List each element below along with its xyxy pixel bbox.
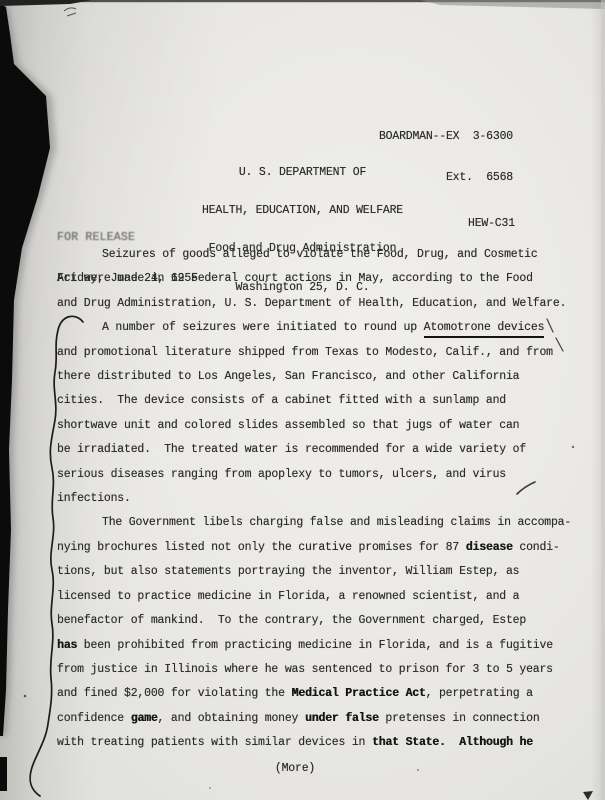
right-edge-strip bbox=[601, 0, 605, 800]
text-segment: and promotional literature shipped from … bbox=[57, 346, 553, 359]
text-segment: from justice in Illinois where he was se… bbox=[57, 663, 553, 676]
paragraph: A number of seizures were initiated to r… bbox=[57, 316, 569, 511]
text-segment: be irradiated. The treated water is reco… bbox=[57, 443, 526, 456]
typewritten-line: licensed to practice medicine in Florida… bbox=[57, 585, 569, 609]
typewritten-line: has been prohibited from practicing medi… bbox=[57, 634, 569, 658]
text-segment: licensed to practice medicine in Florida… bbox=[57, 590, 519, 603]
text-segment: serious diseases ranging from apoplexy t… bbox=[57, 468, 506, 481]
text-segment: infections. bbox=[57, 492, 131, 505]
typewritten-line: Seizures of goods alleged to violate the… bbox=[57, 243, 569, 267]
bottom-right-mark bbox=[583, 791, 593, 800]
typewritten-line: nying brochures listed not only the cura… bbox=[57, 536, 569, 560]
overtyped-phrase: that State. bbox=[372, 736, 446, 749]
text-segment: benefactor of mankind. To the contrary, … bbox=[57, 614, 526, 627]
typewritten-line: and promotional literature shipped from … bbox=[57, 341, 569, 365]
underlined-phrase: Atomotrone devices bbox=[424, 321, 545, 338]
typewritten-line: cities. The device consists of a cabinet… bbox=[57, 389, 569, 413]
left-binding-band bbox=[0, 4, 50, 736]
top-left-edge bbox=[0, 0, 92, 6]
overtyped-phrase: game bbox=[131, 712, 158, 725]
paragraph: Seizures of goods alleged to violate the… bbox=[57, 243, 569, 316]
release-number: HEW-C31 bbox=[468, 217, 515, 230]
typewritten-line: and fined $2,000 for violating the Medic… bbox=[57, 682, 569, 706]
text-segment: , perpetrating a bbox=[426, 687, 533, 700]
overtyped-phrase: has bbox=[57, 639, 77, 652]
text-segment: Seizures of goods alleged to violate the… bbox=[102, 248, 538, 261]
text-segment: and fined $2,000 for violating the bbox=[57, 687, 292, 700]
pen-scribble-top-left bbox=[64, 8, 76, 16]
left-edge-shadow bbox=[0, 4, 56, 736]
paragraph: The Government libels charging false and… bbox=[57, 511, 569, 755]
speck bbox=[24, 695, 27, 698]
text-segment: A number of seizures were initiated to r… bbox=[102, 321, 424, 334]
text-segment: nying brochures listed not only the cura… bbox=[57, 541, 466, 554]
text-segment: shortwave unit and colored slides assemb… bbox=[57, 419, 519, 432]
typewritten-line: tions, but also statements portraying th… bbox=[57, 560, 569, 584]
typewritten-line: be irradiated. The treated water is reco… bbox=[57, 438, 569, 462]
typewritten-line: shortwave unit and colored slides assemb… bbox=[57, 414, 569, 438]
typewritten-line: serious diseases ranging from apoplexy t… bbox=[57, 463, 569, 487]
top-edge-line bbox=[0, 0, 605, 2]
text-segment: with treating patients with similar devi… bbox=[57, 736, 372, 749]
overtyped-phrase: disease bbox=[466, 541, 513, 554]
text-segment: there distributed to Los Angeles, San Fr… bbox=[57, 370, 519, 383]
text-segment bbox=[446, 736, 459, 749]
body-text: Seizures of goods alleged to violate the… bbox=[57, 243, 569, 756]
text-segment: Act were made in 62 Federal court action… bbox=[57, 272, 533, 285]
text-segment: tions, but also statements portraying th… bbox=[57, 565, 519, 578]
typewritten-line: with treating patients with similar devi… bbox=[57, 731, 569, 755]
page-continuation-marker: (More) bbox=[0, 762, 590, 775]
text-segment: pretenses in connection bbox=[379, 712, 540, 725]
typewritten-line: confidence game, and obtaining money und… bbox=[57, 707, 569, 731]
text-segment: cities. The device consists of a cabinet… bbox=[57, 394, 506, 407]
text-segment: been prohibited from practicing medicine… bbox=[77, 639, 553, 652]
text-segment: and Drug Administration, U. S. Departmen… bbox=[57, 297, 566, 310]
text-segment: condi- bbox=[513, 541, 560, 554]
top-right-edge-band bbox=[420, 0, 605, 9]
overtyped-phrase: under false bbox=[305, 712, 379, 725]
overtyped-phrase: Medical Practice Act bbox=[292, 687, 426, 700]
typewritten-line: The Government libels charging false and… bbox=[57, 511, 569, 535]
text-segment: confidence bbox=[57, 712, 131, 725]
speck bbox=[572, 446, 574, 448]
scanned-press-release-page: BOARDMAN--EX 3-6300 Ext. 6568 U. S. DEPA… bbox=[0, 0, 605, 800]
typewritten-line: benefactor of mankind. To the contrary, … bbox=[57, 609, 569, 633]
overtyped-phrase: Although he bbox=[459, 736, 533, 749]
typewritten-line: A number of seizures were initiated to r… bbox=[57, 316, 569, 340]
speck bbox=[209, 787, 211, 789]
typewritten-line: infections. bbox=[57, 487, 569, 511]
typewritten-line: Act were made in 62 Federal court action… bbox=[57, 267, 569, 291]
typewritten-line: from justice in Illinois where he was se… bbox=[57, 658, 569, 682]
dept-line-1: U. S. DEPARTMENT OF bbox=[0, 167, 605, 180]
typewritten-line: there distributed to Los Angeles, San Fr… bbox=[57, 365, 569, 389]
typewritten-line: and Drug Administration, U. S. Departmen… bbox=[57, 292, 569, 316]
text-segment: , and obtaining money bbox=[158, 712, 305, 725]
text-segment: The Government libels charging false and… bbox=[102, 516, 571, 529]
